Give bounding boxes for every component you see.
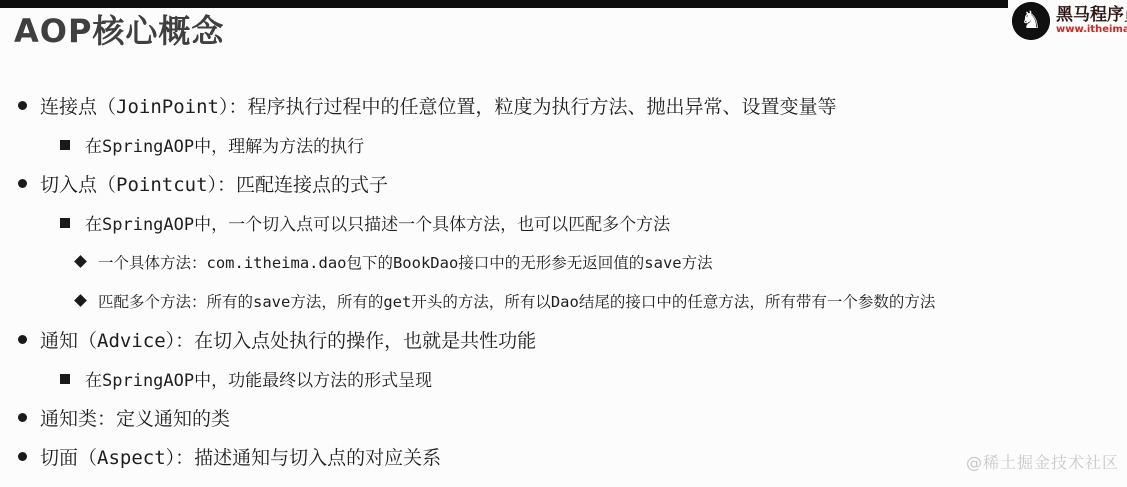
horse-glyph: ♞ [1020,8,1042,32]
circle-bullet-icon [18,179,27,188]
slide: AOP核心概念 ♞ 黑马程序员 www.itheima.com 连接点（Join… [0,0,1127,487]
logo-url-text: www.itheima.com [1056,24,1127,36]
list-item: 在SpringAOP中，功能最终以方法的形式呈现 [0,359,1127,398]
list-item-text: 切入点（Pointcut）：匹配连接点的式子 [40,170,388,197]
list-item: 在SpringAOP中，一个切入点可以只描述一个具体方法，也可以匹配多个方法 [0,203,1127,242]
list-item-text: 连接点（JoinPoint）：程序执行过程中的任意位置，粒度为执行方法、抛出异常… [40,92,836,119]
page-title: AOP核心概念 [14,6,224,52]
square-bullet-icon [60,218,70,228]
circle-bullet-icon [18,335,27,344]
list-item-text: 切面（Aspect）：描述通知与切入点的对应关系 [40,443,441,470]
list-item-text: 通知（Advice）：在切入点处执行的操作，也就是共性功能 [40,326,536,353]
list-item: 切入点（Pointcut）：匹配连接点的式子 [0,164,1127,203]
circle-bullet-icon [18,413,27,422]
logo-brand-text: 黑马程序员 [1056,6,1127,25]
itheima-logo: ♞ 黑马程序员 www.itheima.com [1012,2,1127,40]
list-item-text: 匹配多个方法：所有的save方法，所有的get开头的方法，所有以Dao结尾的接口… [98,290,935,312]
circle-bullet-icon [18,452,27,461]
list-item: 切面（Aspect）：描述通知与切入点的对应关系 [0,437,1127,476]
list-item-text: 在SpringAOP中，一个切入点可以只描述一个具体方法，也可以匹配多个方法 [85,210,670,235]
list-item: 匹配多个方法：所有的save方法，所有的get开头的方法，所有以Dao结尾的接口… [0,281,1127,320]
list-item: 连接点（JoinPoint）：程序执行过程中的任意位置，粒度为执行方法、抛出异常… [0,86,1127,125]
list-item-text: 一个具体方法：com.itheima.dao包下的BookDao接口中的无形参无… [98,251,713,273]
list-item-text: 在SpringAOP中，功能最终以方法的形式呈现 [85,366,432,391]
list-item-text: 通知类：定义通知的类 [40,404,230,431]
list-item: 通知（Advice）：在切入点处执行的操作，也就是共性功能 [0,320,1127,359]
watermark: @稀土掘金技术社区 [966,450,1119,473]
list-item: 在SpringAOP中，理解为方法的执行 [0,125,1127,164]
square-bullet-icon [60,140,70,150]
list-item-text: 在SpringAOP中，理解为方法的执行 [85,132,364,157]
list-item: 一个具体方法：com.itheima.dao包下的BookDao接口中的无形参无… [0,242,1127,281]
circle-bullet-icon [18,101,27,110]
diamond-bullet-icon [74,294,87,307]
bullet-list: 连接点（JoinPoint）：程序执行过程中的任意位置，粒度为执行方法、抛出异常… [0,86,1127,476]
diamond-bullet-icon [74,255,87,268]
square-bullet-icon [60,374,70,384]
horse-logo-icon: ♞ [1012,2,1050,40]
logo-text: 黑马程序员 www.itheima.com [1056,6,1127,37]
list-item: 通知类：定义通知的类 [0,398,1127,437]
